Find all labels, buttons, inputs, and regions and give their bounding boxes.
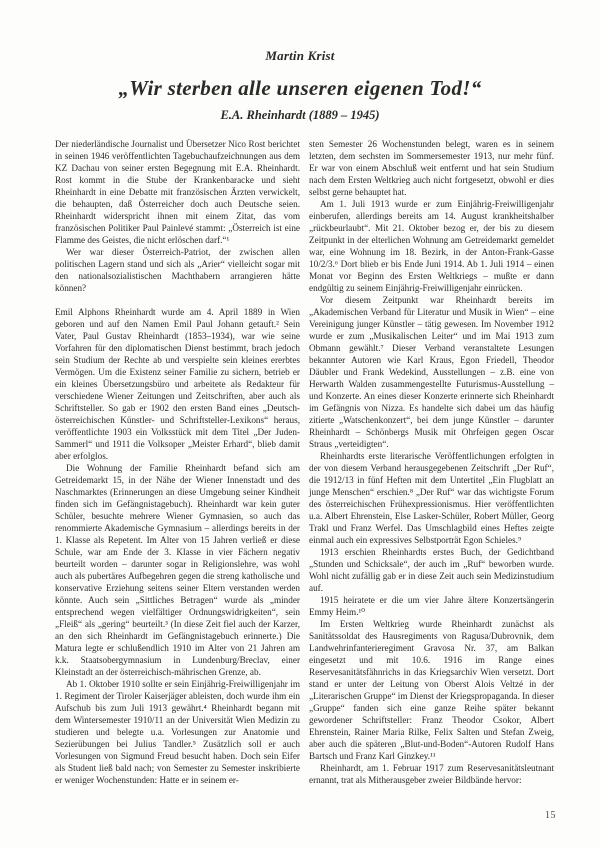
paragraph: Emil Alphons Rheinhardt wurde am 4. Apri… <box>55 306 300 462</box>
text-columns: Der niederländische Journalist und Übers… <box>55 138 553 786</box>
paragraph: Vor diesem Zeitpunkt war Rheinhardt bere… <box>309 294 554 450</box>
paragraph: Am 1. Juli 1913 wurde er zum Einjährig-F… <box>309 198 554 294</box>
paragraph: Rheinhardts erste literarische Veröffent… <box>309 450 554 546</box>
paragraph: 1913 erschien Rheinhardts erstes Buch, d… <box>309 546 554 594</box>
article-title: „Wir sterben alle unseren eigenen Tod!“ <box>0 76 600 101</box>
paragraph: Die Wohnung der Familie Rheinhardt befan… <box>55 462 300 678</box>
paragraph: Im Ersten Weltkrieg wurde Rheinhardt zun… <box>309 618 554 762</box>
document-page: Martin Krist „Wir sterben alle unseren e… <box>0 0 600 849</box>
paragraph: Rheinhardt, am 1. Februar 1917 zum Reser… <box>309 762 554 786</box>
paragraph: Der niederländische Journalist und Übers… <box>55 138 300 246</box>
paragraph: sten Semester 26 Wochenstunden belegt, w… <box>309 138 554 198</box>
author-name: Martin Krist <box>0 48 600 64</box>
paragraph: Wer war dieser Österreich-Patriot, der z… <box>55 246 300 294</box>
page-header: Martin Krist „Wir sterben alle unseren e… <box>0 0 600 123</box>
left-column: Der niederländische Journalist und Übers… <box>55 138 300 786</box>
paragraph: Ab 1. Oktober 1910 sollte er sein Einjäh… <box>55 678 300 786</box>
page-number: 15 <box>545 810 556 821</box>
article-subtitle: E.A. Rheinhardt (1889 – 1945) <box>0 108 600 123</box>
paragraph: 1915 heiratete er die um vier Jahre älte… <box>309 594 554 618</box>
right-column: sten Semester 26 Wochenstunden belegt, w… <box>309 138 554 786</box>
